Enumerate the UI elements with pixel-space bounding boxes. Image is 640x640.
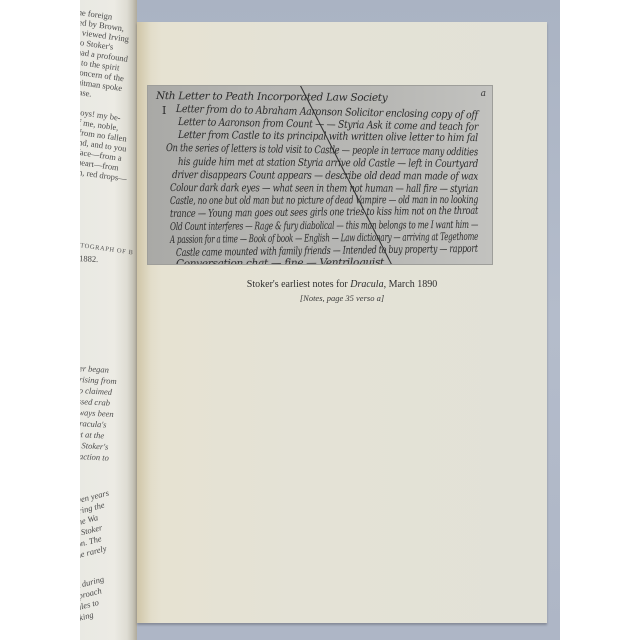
manuscript-facsimile: I a Nth Letter to Peath Incorporated Law… [147, 85, 493, 265]
handwritten-line: his guide him met at station Styria arri… [178, 156, 478, 170]
handwritten-line: driver disappears Count appears — descri… [172, 169, 478, 183]
handwritten-line: Conversation chat — fine — Ventriloquist [176, 257, 384, 265]
right-page: I a Nth Letter to Peath Incorporated Law… [137, 22, 547, 623]
figure-caption: Stoker's earliest notes for Dracula, Mar… [137, 279, 547, 290]
left-page-text-fragment: al attraction to [80, 450, 109, 463]
figure-source-note: [Notes, page 35 verso a] [137, 293, 547, 303]
left-page-text-fragment: has always been [80, 406, 114, 419]
corner-annotation: a [481, 89, 486, 99]
left-page-text-fragment: is father began [80, 362, 109, 375]
handwritten-line: Nth Letter to Peath Incorporated Law Soc… [156, 90, 388, 104]
left-page-text-fragment: aking rising from [80, 373, 117, 386]
caption-title: Dracula [350, 279, 383, 290]
left-page-text-fragment: lphia, 1882. [80, 252, 99, 264]
left-facing-page: ton, takingschedules toent approache boo… [80, 0, 137, 640]
left-page-text-fragment: n in Dracula's [80, 417, 107, 430]
left-page-text-fragment: ghout. Stoker's [80, 439, 109, 452]
left-page-text-fragment: ton, taking [80, 609, 94, 627]
photo-scene: ton, takingschedules toent approache boo… [0, 0, 640, 640]
margin-numeral: I [162, 104, 166, 117]
left-page-text-fragment: rs, who claimed [80, 384, 112, 397]
gutter-shadow [127, 0, 137, 640]
left-page-text-fragment: onment at the [80, 428, 104, 440]
caption-suffix: , March 1890 [384, 279, 438, 290]
caption-prefix: Stoker's earliest notes for [247, 279, 350, 290]
left-page-text-fragment: of dressed crab [80, 395, 110, 408]
handwritten-line: trance — Young man goes out sees girls o… [170, 205, 478, 220]
